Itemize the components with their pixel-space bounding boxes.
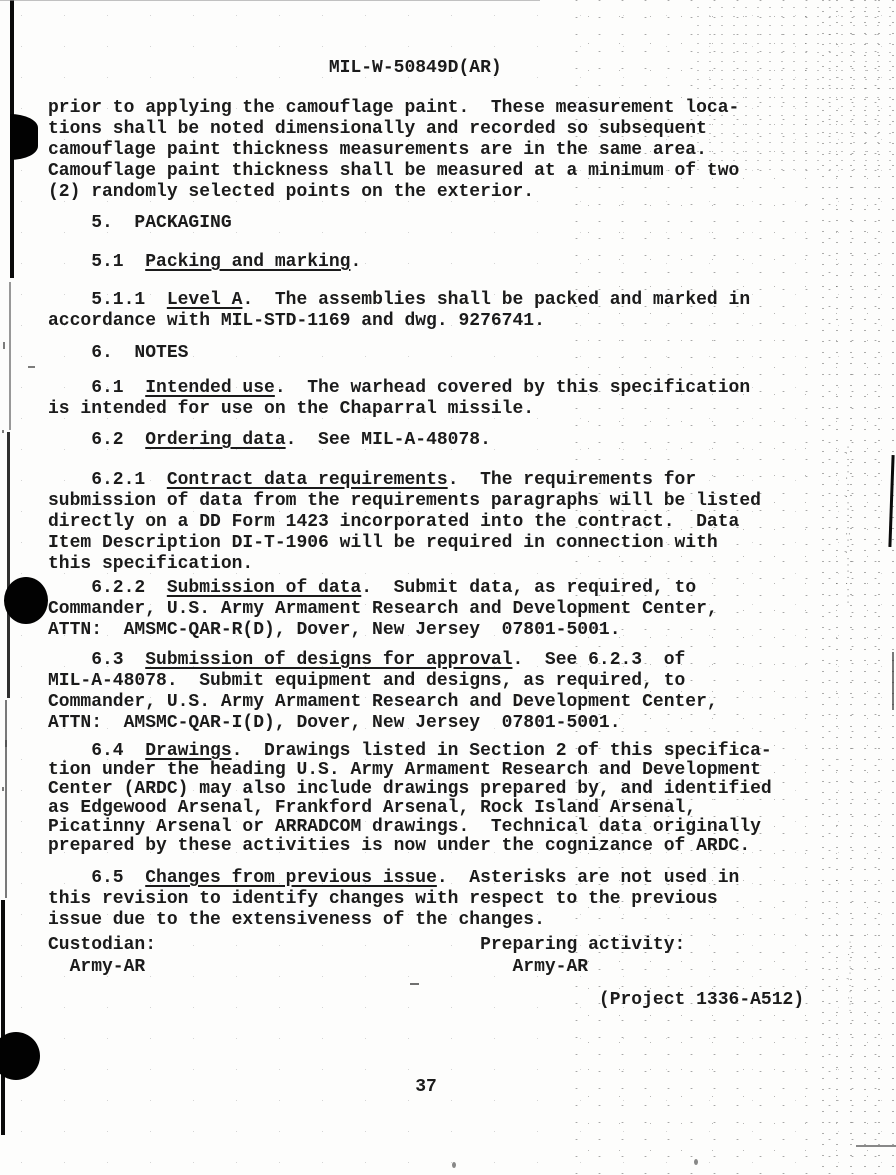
custodian-block-line: Army-AR Army-AR — [48, 956, 685, 978]
text-segment: prepared by these activities is now unde… — [48, 836, 750, 856]
text-segment: this revision to identify changes with r… — [48, 889, 718, 909]
text-segment: . Submit data, as required, to — [361, 578, 696, 598]
text-segment: 37 — [48, 1077, 437, 1097]
text-segment: MIL-A-48078. Submit equipment and design… — [48, 671, 685, 691]
underlined-heading: Packing and marking — [145, 252, 350, 272]
text-segment: 5.1 — [48, 252, 145, 272]
para-intro: prior to applying the camouflage paint. … — [48, 98, 739, 203]
text-segment: tions shall be noted dimensionally and r… — [48, 119, 707, 139]
bottom-tiny-mark-1 — [452, 1162, 456, 1168]
text-segment: 6.2 — [48, 430, 145, 450]
para-6-2-1-line: Item Description DI-T-1906 will be requi… — [48, 533, 761, 554]
para-6-4-line: Picatinny Arsenal or ARRADCOM drawings. … — [48, 818, 772, 837]
page-number-line: 37 — [48, 1077, 437, 1098]
para-6-2-1-line: this specification. — [48, 554, 761, 575]
scan-edge-line-left-2 — [9, 282, 11, 430]
para-6-3-line: 6.3 Submission of designs for approval. … — [48, 650, 718, 671]
text-segment: this specification. — [48, 554, 253, 574]
para-6-4-line: as Edgewood Arsenal, Frankford Arsenal, … — [48, 799, 772, 818]
para-6-3-line: Commander, U.S. Army Armament Research a… — [48, 692, 718, 713]
text-segment: . See 6.2.3 of — [512, 650, 685, 670]
text-segment: Army-AR Army-AR — [48, 957, 588, 977]
para-6-4-line: prepared by these activities is now unde… — [48, 837, 772, 856]
scan-edge-line-left-5 — [1, 900, 5, 1135]
scan-edge-line-left-4 — [5, 700, 7, 898]
para-6-1: 6.1 Intended use. The warhead covered by… — [48, 378, 750, 420]
para-6-1-line: 6.1 Intended use. The warhead covered by… — [48, 378, 750, 399]
text-segment: 5. PACKAGING — [48, 213, 232, 233]
text-segment: directly on a DD Form 1423 incorporated … — [48, 512, 739, 532]
heading-5-1: 5.1 Packing and marking. — [48, 252, 361, 273]
scan-edge-line-right-2 — [892, 652, 894, 710]
bottom-tiny-mark-2 — [694, 1159, 698, 1165]
para-6-4-line: Center (ARDC) may also include drawings … — [48, 780, 772, 799]
para-6-5-line: issue due to the extensiveness of the ch… — [48, 910, 739, 931]
underlined-heading: Contract data requirements — [167, 470, 448, 490]
text-segment: . The requirements for — [448, 470, 696, 490]
underlined-heading: Level A — [167, 290, 243, 310]
page-number: 37 — [48, 1077, 437, 1098]
left-margin-speck-2 — [2, 430, 4, 433]
underlined-heading: Intended use — [145, 378, 275, 398]
text-segment: (2) randomly selected points on the exte… — [48, 182, 534, 202]
text-segment: (Project 1336-A512) — [48, 990, 804, 1010]
heading-6-notes: 6. NOTES — [48, 343, 188, 364]
text-segment: Custodian: Preparing activity: — [48, 935, 685, 955]
para-6-2-1-line: 6.2.1 Contract data requirements. The re… — [48, 470, 761, 491]
text-segment: 5.1.1 — [48, 290, 167, 310]
text-segment: tion under the heading U.S. Army Armamen… — [48, 760, 761, 780]
para-6-4-line: tion under the heading U.S. Army Armamen… — [48, 761, 772, 780]
scan-edge-line-right-1 — [888, 455, 894, 547]
para-intro-line: camouflage paint thickness measurements … — [48, 140, 739, 161]
text-segment: ATTN: AMSMC-QAR-I(D), Dover, New Jersey … — [48, 713, 621, 733]
para-intro-line: prior to applying the camouflage paint. … — [48, 98, 739, 119]
para-6-2-1-line: directly on a DD Form 1423 incorporated … — [48, 512, 761, 533]
para-5-1-1: 5.1.1 Level A. The assemblies shall be p… — [48, 290, 750, 332]
heading-6-notes-line: 6. NOTES — [48, 343, 188, 364]
para-6-5-line: this revision to identify changes with r… — [48, 889, 739, 910]
margin-scribble-2: ··.···,··:·· — [845, 940, 853, 1050]
heading-5-packaging-line: 5. PACKAGING — [48, 213, 232, 234]
punch-hole-top — [10, 114, 38, 160]
text-segment: Center (ARDC) may also include drawings … — [48, 779, 772, 799]
text-segment: submission of data from the requirements… — [48, 491, 761, 511]
text-segment: . Drawings listed in Section 2 of this s… — [232, 741, 772, 761]
text-segment: 6.4 — [48, 741, 145, 761]
para-6-1-line: is intended for use on the Chaparral mis… — [48, 399, 750, 420]
heading-5-1-line: 5.1 Packing and marking. — [48, 252, 361, 273]
underlined-heading: Submission of data — [167, 578, 361, 598]
text-segment: issue due to the extensiveness of the ch… — [48, 910, 545, 930]
underlined-heading: Ordering data — [145, 430, 285, 450]
text-segment: as Edgewood Arsenal, Frankford Arsenal, … — [48, 798, 696, 818]
text-segment: . — [350, 252, 361, 272]
text-segment: 6.5 — [48, 868, 145, 888]
text-segment: Item Description DI-T-1906 will be requi… — [48, 533, 718, 553]
header-doc-id: MIL-W-50849D(AR) — [48, 58, 502, 79]
para-6-5-line: 6.5 Changes from previous issue. Asteris… — [48, 868, 739, 889]
para-6-2-1-line: submission of data from the requirements… — [48, 491, 761, 512]
heading-5-packaging: 5. PACKAGING — [48, 213, 232, 234]
text-segment: 6.2.2 — [48, 578, 167, 598]
margin-scribble-1: ·,···.··,·····:··,····.··· — [843, 445, 851, 725]
project-line: (Project 1336-A512) — [48, 990, 804, 1011]
para-6-2-2: 6.2.2 Submission of data. Submit data, a… — [48, 578, 718, 641]
underlined-heading: Drawings — [145, 741, 231, 761]
header-doc-id-line: MIL-W-50849D(AR) — [48, 58, 502, 79]
scan-edge-line-bottom-right — [856, 1145, 896, 1147]
para-6-3-line: MIL-A-48078. Submit equipment and design… — [48, 671, 718, 692]
punch-hole-bottom — [0, 1032, 40, 1080]
text-segment: prior to applying the camouflage paint. … — [48, 98, 739, 118]
para-intro-line: tions shall be noted dimensionally and r… — [48, 119, 739, 140]
para-6-4-line: 6.4 Drawings. Drawings listed in Section… — [48, 742, 772, 761]
para-6-2-2-line: 6.2.2 Submission of data. Submit data, a… — [48, 578, 718, 599]
text-segment: 6.2.1 — [48, 470, 167, 490]
text-segment: . See MIL-A-48078. — [286, 430, 491, 450]
para-6-2-2-line: Commander, U.S. Army Armament Research a… — [48, 599, 718, 620]
text-segment: 6.3 — [48, 650, 145, 670]
stray-dash-mark-small — [28, 366, 35, 368]
para-6-3-line: ATTN: AMSMC-QAR-I(D), Dover, New Jersey … — [48, 713, 718, 734]
para-intro-line: (2) randomly selected points on the exte… — [48, 182, 739, 203]
para-5-1-1-line: accordance with MIL-STD-1169 and dwg. 92… — [48, 311, 750, 332]
para-6-2: 6.2 Ordering data. See MIL-A-48078. — [48, 430, 491, 451]
project-line-line: (Project 1336-A512) — [48, 990, 804, 1011]
para-6-4: 6.4 Drawings. Drawings listed in Section… — [48, 742, 772, 856]
scanned-document-page: ·,···.··,·····:··,····.··· ··.···,··:·· … — [0, 0, 896, 1175]
para-6-2-2-line: ATTN: AMSMC-QAR-R(D), Dover, New Jersey … — [48, 620, 718, 641]
text-segment: camouflage paint thickness measurements … — [48, 140, 707, 160]
left-margin-speck-1 — [3, 342, 5, 349]
underlined-heading: Changes from previous issue — [145, 868, 437, 888]
left-margin-speck-4 — [2, 787, 4, 791]
scan-edge-line-left-3 — [7, 432, 10, 698]
para-6-2-1: 6.2.1 Contract data requirements. The re… — [48, 470, 761, 575]
para-5-1-1-line: 5.1.1 Level A. The assemblies shall be p… — [48, 290, 750, 311]
para-6-2-line: 6.2 Ordering data. See MIL-A-48078. — [48, 430, 491, 451]
text-segment: ATTN: AMSMC-QAR-R(D), Dover, New Jersey … — [48, 620, 621, 640]
text-segment: . The assemblies shall be packed and mar… — [242, 290, 750, 310]
text-segment: Commander, U.S. Army Armament Research a… — [48, 599, 718, 619]
para-intro-line: Camouflage paint thickness shall be meas… — [48, 161, 739, 182]
custodian-block: Custodian: Preparing activity: Army-AR A… — [48, 934, 685, 978]
para-6-3: 6.3 Submission of designs for approval. … — [48, 650, 718, 734]
underlined-heading: Submission of designs for approval — [145, 650, 512, 670]
text-segment: accordance with MIL-STD-1169 and dwg. 92… — [48, 311, 545, 331]
text-segment: MIL-W-50849D(AR) — [48, 58, 502, 78]
para-6-5: 6.5 Changes from previous issue. Asteris… — [48, 868, 739, 931]
text-segment: 6. NOTES — [48, 343, 188, 363]
text-segment: is intended for use on the Chaparral mis… — [48, 399, 534, 419]
text-segment: Camouflage paint thickness shall be meas… — [48, 161, 739, 181]
scan-noise-right-edge — [812, 0, 896, 1175]
left-margin-speck-3 — [5, 740, 7, 747]
text-segment: . Asterisks are not used in — [437, 868, 739, 888]
custodian-block-line: Custodian: Preparing activity: — [48, 934, 685, 956]
punch-hole-middle — [4, 577, 48, 624]
stray-dash-mark — [410, 983, 419, 985]
text-segment: Picatinny Arsenal or ARRADCOM drawings. … — [48, 817, 761, 837]
scan-edge-line-top — [0, 0, 540, 1]
text-segment: . The warhead covered by this specificat… — [275, 378, 750, 398]
text-segment: 6.1 — [48, 378, 145, 398]
text-segment: Commander, U.S. Army Armament Research a… — [48, 692, 718, 712]
